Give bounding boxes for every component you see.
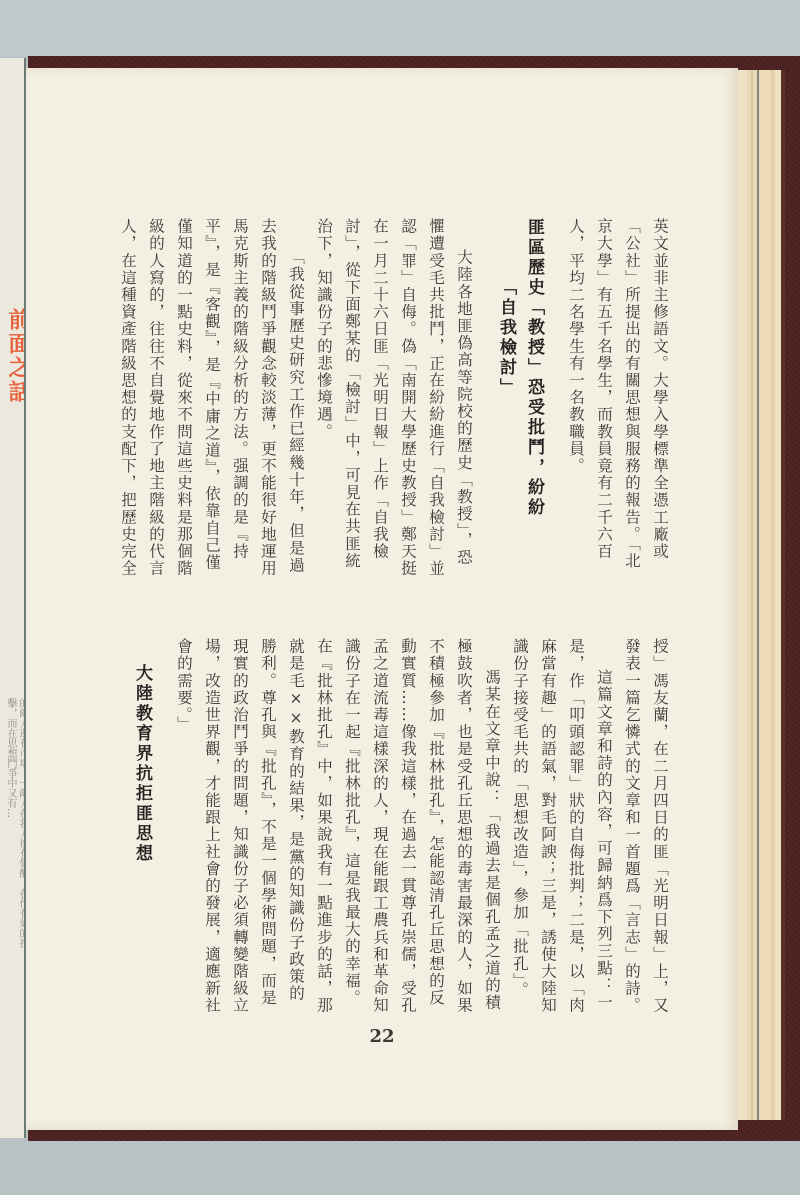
quoted-paragraph: 「我從事歷史研究工作已經幾十年，但是過去我的階級鬥爭觀念較淡薄，更不能很好地運用… [114, 218, 310, 578]
paragraph: 大陸各地匪偽高等院校的歷史「教授」，恐懼遭受毛共批鬥，正在紛紛進行「自我檢討」並… [310, 218, 478, 578]
page-number: 22 [26, 1026, 738, 1047]
carry-over-paragraph: 英文並非主修語文。大學入學標準全憑工廠或「公社」所提出的有關思想與服務的報告。「… [562, 218, 674, 578]
top-text-band: 英文並非主修語文。大學入學標準全憑工廠或「公社」所提出的有關思想與服務的報告。「… [114, 218, 674, 578]
heading-line-2: 「自我檢討」 [492, 218, 520, 578]
heading-line-1: 匪區歷史「教授」恐受批鬥，紛紛 [524, 218, 544, 518]
section-heading-history-professors: 匪區歷史「教授」恐受批鬥，紛紛 「自我檢討」 [492, 218, 548, 578]
background-surface [0, 0, 800, 56]
carry-over-paragraph: 授」馮友蘭，在二月四日的匪「光明日報」上，又發表一篇乞憐式的文章和一首題爲「言志… [618, 638, 674, 1018]
adjacent-left-page: 前面之話 的敵人還有市場；一敵人在我人後有覺醒，在作有效的打擊，而在思想鬥爭中又… [0, 58, 26, 1138]
page-edges [735, 70, 785, 1120]
paragraph: 這篇文章和詩的內容，可歸納爲下列三點：一是，作「叩頭認罪」狀的自侮批判；二是，以… [506, 638, 618, 1018]
adjacent-page-text-fragment: 的敵人還有市場；一敵人在我人後有覺醒，在作有效的打擊，而在思想鬥爭中又有… [4, 698, 26, 958]
book-page: 英文並非主修語文。大學入學標準全憑工廠或「公社」所提出的有關思想與服務的報告。「… [26, 68, 738, 1130]
bottom-text-band: 授」馮友蘭，在二月四日的匪「光明日報」上，又發表一篇乞憐式的文章和一首題爲「言志… [114, 638, 674, 1018]
adjacent-page-title-fragment: 前面之話 [2, 308, 26, 404]
quoted-paragraph: 馮某在文章中說：「我過去是個孔孟之道的積極鼓吹者，也是受孔丘思想的毒害最深的人，… [170, 638, 506, 1018]
section-heading-education: 大陸教育界抗拒匪思想 [128, 638, 156, 1018]
